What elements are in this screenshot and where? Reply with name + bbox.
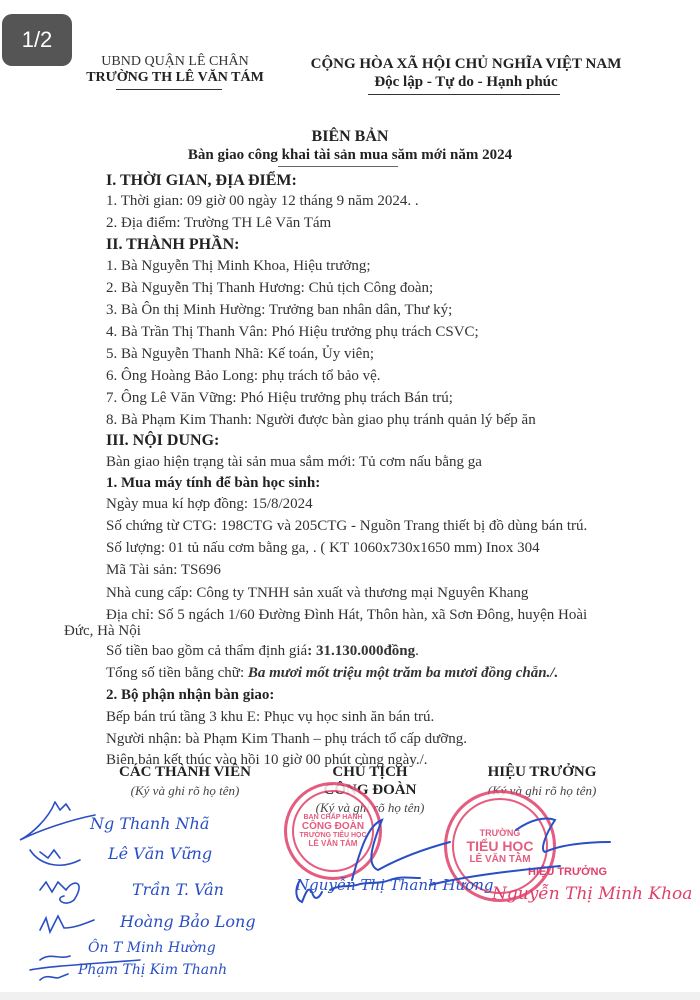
principal-signature-title: HIỆU TRƯỞNG [462,764,622,781]
member-item: 2. Bà Nguyễn Thị Thanh Hương: Chủ tịch C… [106,280,433,297]
amount-words-label: Tổng số tiền bằng chữ: [106,665,248,681]
header-right-underline [368,94,560,95]
subsection-1-heading: 1. Mua máy tính để bàn học sinh: [106,475,320,492]
member-item: 6. Ông Hoàng Bảo Long: phụ trách tổ bảo … [106,368,381,385]
member-item: 1. Bà Nguyễn Thị Minh Khoa, Hiệu trưởng; [106,258,371,275]
supplier: Nhà cung cấp: Công ty TNHH sản xuất và t… [106,585,528,602]
section-3-heading: III. NỘI DUNG: [106,432,219,450]
handover-intro: Bàn giao hiện trạng tài sản mua sắm mới:… [106,454,482,471]
national-motto: Độc lập - Tự do - Hạnh phúc [296,74,636,91]
member-signature-name: Ng Thanh Nhã [90,814,209,833]
issuing-authority: UBND QUẬN LÊ CHÂN [85,54,265,70]
member-item: 8. Bà Phạm Kim Thanh: Người được bàn gia… [106,412,536,429]
national-title: CỘNG HÒA XÃ HỘI CHỦ NGHĨA VIỆT NAM [296,56,636,73]
amount-line: Số tiền bao gồm cả thẩm định giá: 31.130… [106,643,419,660]
amount-value: : 31.130.000đồng [307,643,415,659]
members-signature-title: CÁC THÀNH VIÊN [110,764,260,781]
member-signature-name: Ôn T Minh Hường [88,940,216,956]
receiver: Người nhận: bà Phạm Kim Thanh – phụ trác… [106,731,467,748]
amount-words-line: Tổng số tiền bằng chữ: Ba mươi mốt triệu… [106,665,558,682]
school-name: TRƯỜNG TH LÊ VĂN TÁM [70,70,280,86]
asset-code: Mã Tài sản: TS696 [106,562,221,579]
subtitle-underline [278,166,398,167]
voucher-number: Số chứng từ CTG: 198CTG và 205CTG - Nguồ… [106,518,587,535]
header-left-underline [116,89,222,90]
supplier-address-cont: Đức, Hà Nội [64,623,141,640]
amount-end: . [415,643,419,659]
document-title: BIÊN BẢN [100,128,600,146]
member-item: 7. Ông Lê Văn Vững: Phó Hiệu trưởng phụ … [106,390,453,407]
amount-label: Số tiền bao gồm cả thẩm định giá [106,643,307,659]
member-signature-name: Phạm Thị Kim Thanh [78,962,227,978]
quantity: Số lượng: 01 tủ nấu cơm bằng ga, . ( KT … [106,540,540,557]
member-signature-name: Lê Văn Vững [108,844,212,863]
meeting-time: 1. Thời gian: 09 giờ 00 ngày 12 tháng 9 … [106,193,419,210]
viewer-bottom-edge [0,992,700,1000]
page-indicator: 1/2 [2,14,72,66]
member-item: 3. Bà Ôn thị Minh Hường: Trưởng ban nhân… [106,302,452,319]
section-1-heading: I. THỜI GIAN, ĐỊA ĐIỂM: [106,172,297,190]
section-2-heading: II. THÀNH PHẦN: [106,236,240,254]
member-item: 5. Bà Nguyễn Thanh Nhã: Kế toán, Ủy viên… [106,346,374,363]
receiving-location: Bếp bán trú tầng 3 khu E: Phục vụ học si… [106,709,434,726]
supplier-address: Địa chỉ: Số 5 ngách 1/60 Đường Đình Hát,… [106,607,587,624]
document-subtitle: Bàn giao công khai tài sản mua săm mới n… [100,147,600,164]
member-signature-name: Trần T. Vân [132,880,224,899]
contract-date: Ngày mua kí hợp đồng: 15/8/2024 [106,496,313,513]
amount-words: Ba mươi mốt triệu một trăm ba mươi đồng … [248,665,558,681]
union-chair-signature-name: Nguyễn Thị Thanh Hương [296,876,493,894]
union-signature-title: CHỦ TỊCH [310,764,430,781]
member-item: 4. Bà Trần Thị Thanh Vân: Phó Hiệu trưởn… [106,324,479,341]
member-signature-name: Hoàng Bảo Long [120,912,256,931]
subsection-2-heading: 2. Bộ phận nhận bàn giao: [106,687,274,704]
meeting-location: 2. Địa điểm: Trường TH Lê Văn Tám [106,215,331,232]
